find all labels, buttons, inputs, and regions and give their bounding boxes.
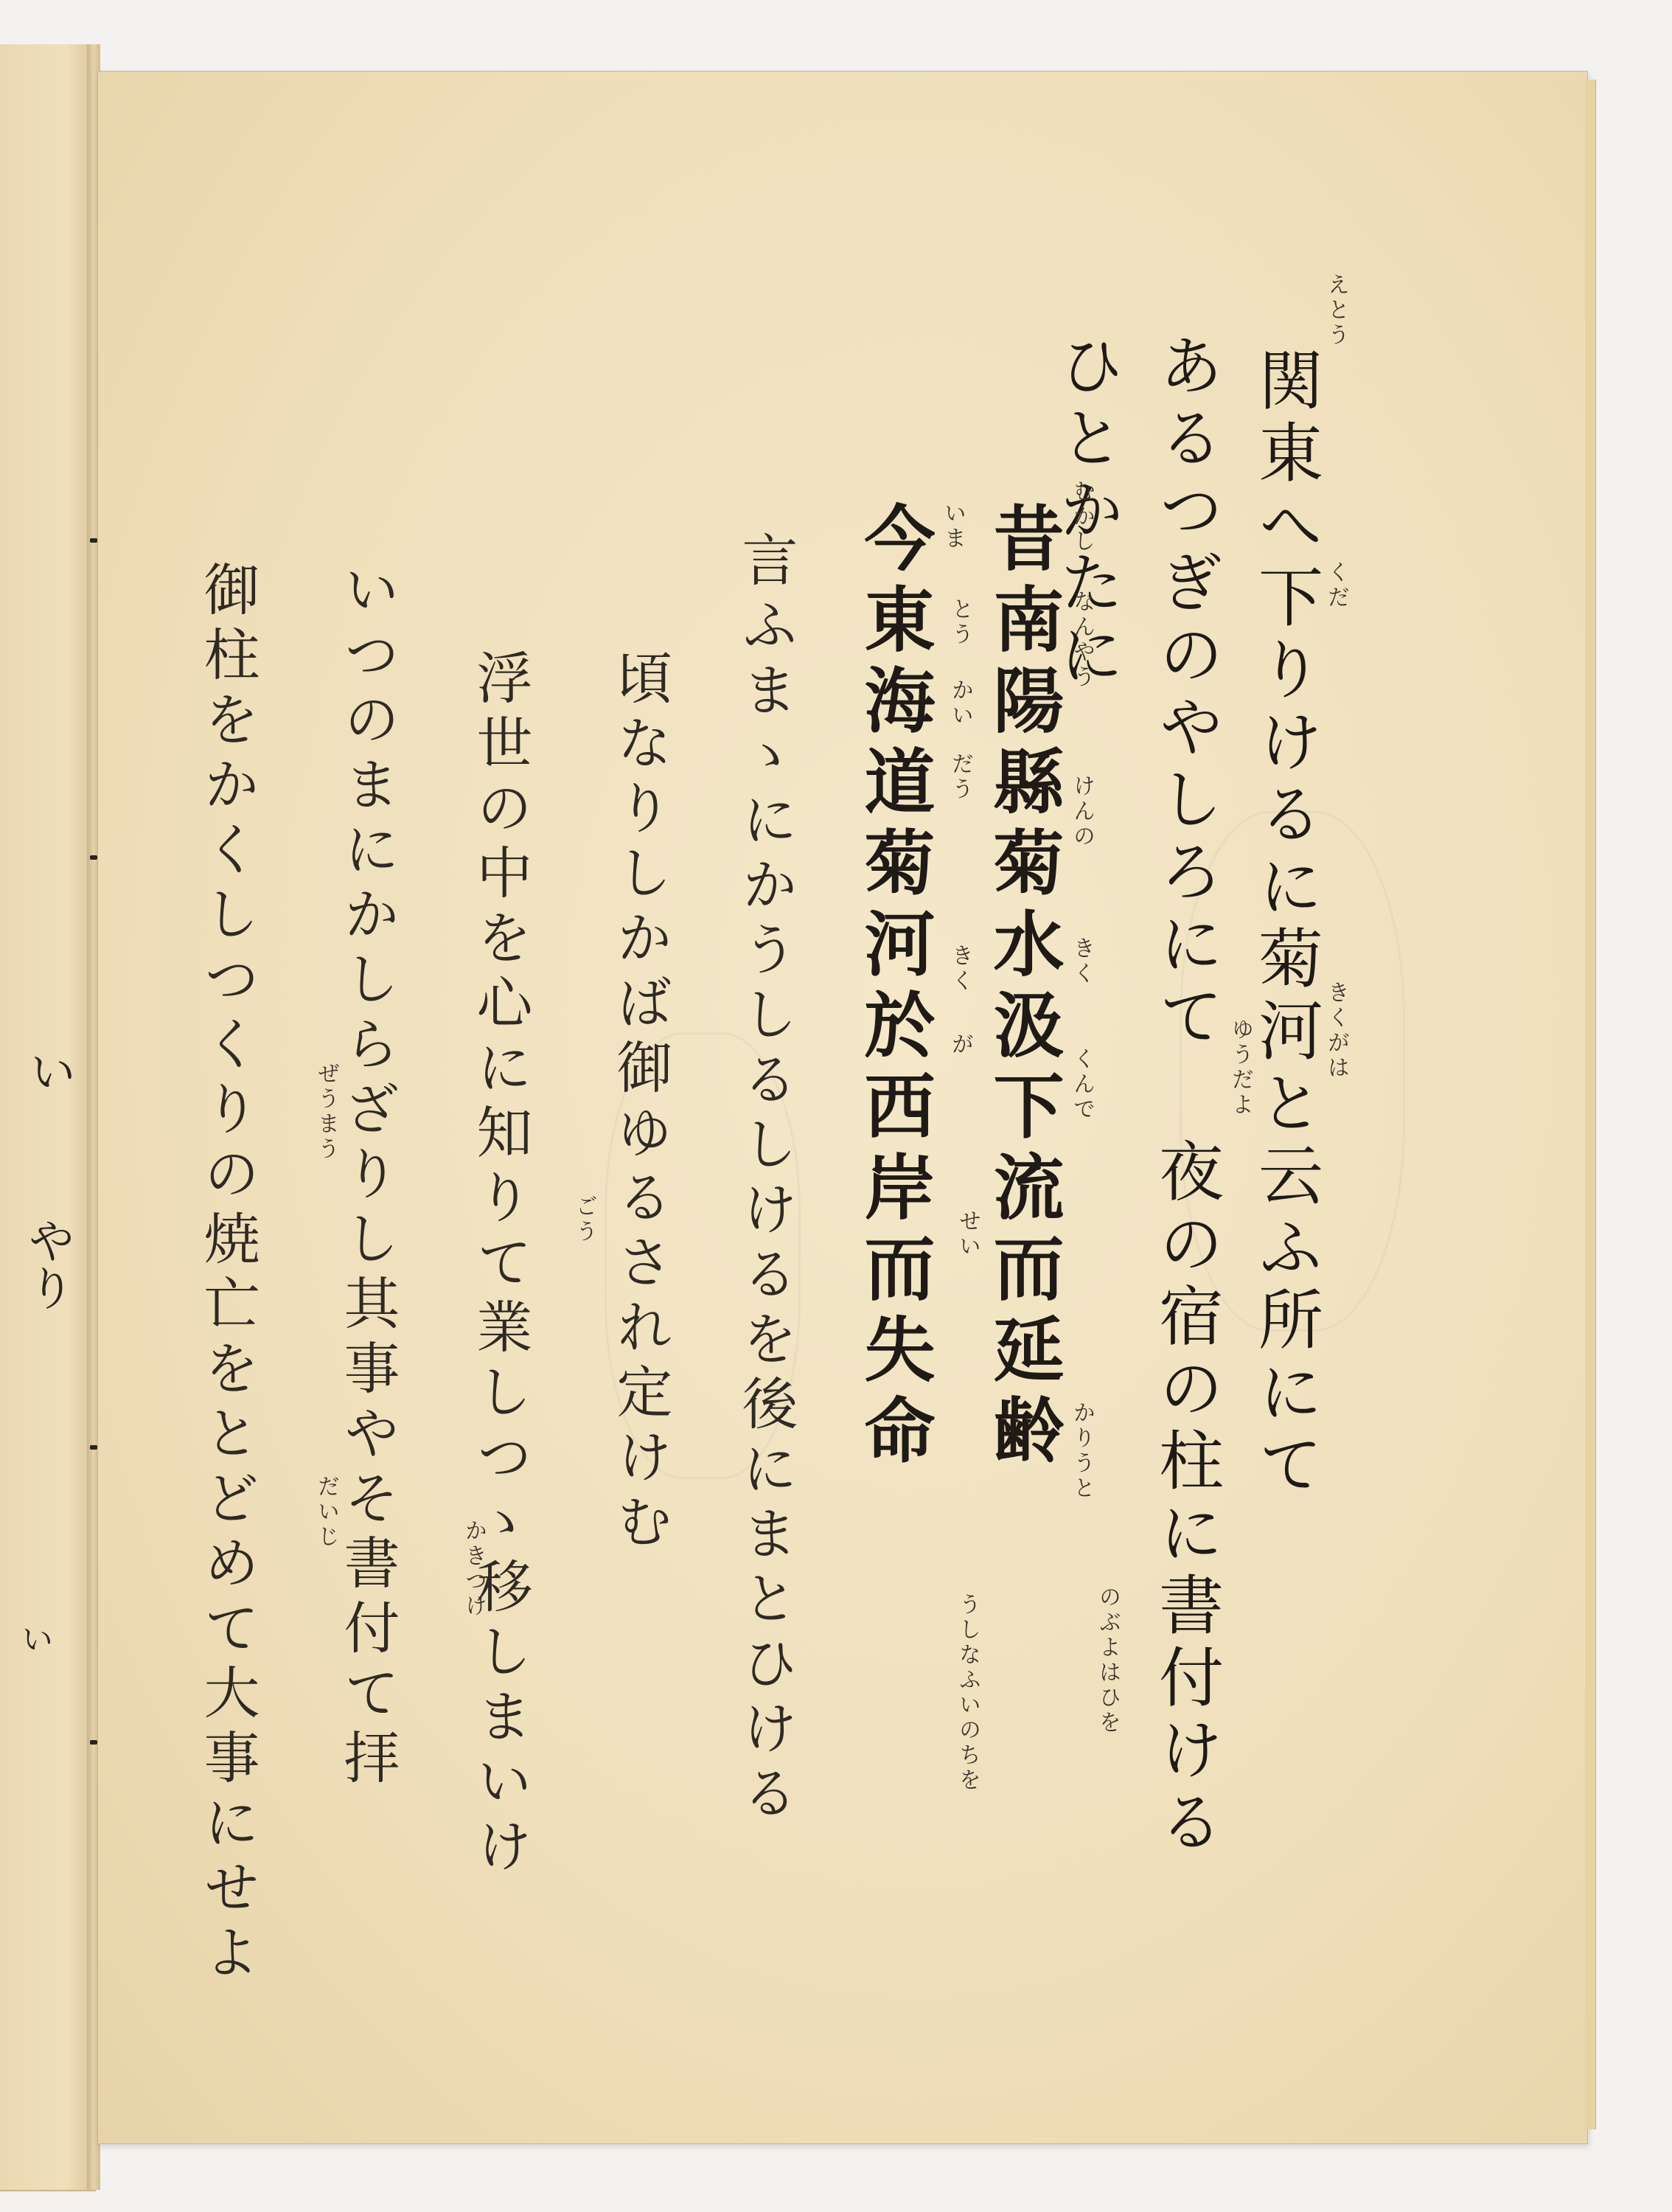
kanji-column-4: 昔南陽縣菊水汲下流而延齢 bbox=[988, 501, 1059, 1475]
binding-hole bbox=[90, 1445, 97, 1450]
left-page-char: い bbox=[15, 1047, 83, 1094]
furigana: うしなふいのちを bbox=[951, 1593, 983, 1793]
binding-hole bbox=[90, 855, 97, 860]
kanji-column-5: 今東海道菊河於西岸而失命 bbox=[859, 501, 930, 1475]
binding-hole bbox=[90, 1740, 97, 1745]
furigana: ぜうまう bbox=[310, 1062, 342, 1162]
furigana: かい bbox=[944, 678, 976, 728]
furigana: かきつけ bbox=[457, 1519, 490, 1619]
text-column-8: 浮世の中を心に知りて業しつゝ移しまいけ bbox=[472, 649, 528, 1976]
page-stack-edge bbox=[1585, 80, 1596, 2129]
binding-hole bbox=[90, 538, 97, 543]
furigana: けんの bbox=[1065, 774, 1098, 849]
furigana: いま bbox=[936, 501, 969, 552]
furigana: えとう bbox=[1320, 273, 1352, 348]
furigana: だう bbox=[944, 752, 976, 802]
left-page-char: やり bbox=[13, 1217, 81, 1311]
text-column-10: 御柱をかくしつくりの焼亡をとどめて大事にせよ bbox=[199, 560, 255, 2109]
furigana: かりうと bbox=[1065, 1401, 1098, 1501]
furigana: くんで bbox=[1065, 1047, 1098, 1122]
furigana: が bbox=[944, 1032, 976, 1057]
text-column-1: 関東へ下りけるに菊河と云ふ所にて bbox=[1253, 347, 1318, 1747]
furigana: きくがは bbox=[1320, 981, 1352, 1081]
left-page-char: い bbox=[10, 1622, 58, 1655]
text-column-9: いつのまにかしらざりし其事やそ書付て拝 bbox=[339, 560, 395, 2035]
furigana: きく bbox=[944, 944, 976, 994]
furigana: なんやう bbox=[1065, 590, 1098, 690]
furigana: のぶよはひを bbox=[1091, 1585, 1124, 1736]
furigana: ゆうだよ bbox=[1224, 1018, 1256, 1118]
furigana: せい bbox=[951, 1209, 983, 1259]
furigana: むかし bbox=[1065, 479, 1098, 554]
text-column-7: 頃なりしかば御ゆるされ定けむ bbox=[612, 649, 668, 1607]
furigana: とう bbox=[944, 597, 976, 647]
left-page-fragment bbox=[0, 44, 96, 2191]
furigana: くだ bbox=[1320, 560, 1352, 611]
text-column-2: あるつぎのやしろにて 夜の宿の柱に書付ける bbox=[1154, 332, 1219, 1733]
furigana: きく bbox=[1065, 936, 1098, 987]
furigana: だいじ bbox=[310, 1475, 342, 1550]
text-column-6: 言ふまゝにかうしるしけるを後にまとひける bbox=[737, 531, 793, 1784]
furigana: ごう bbox=[568, 1194, 600, 1245]
